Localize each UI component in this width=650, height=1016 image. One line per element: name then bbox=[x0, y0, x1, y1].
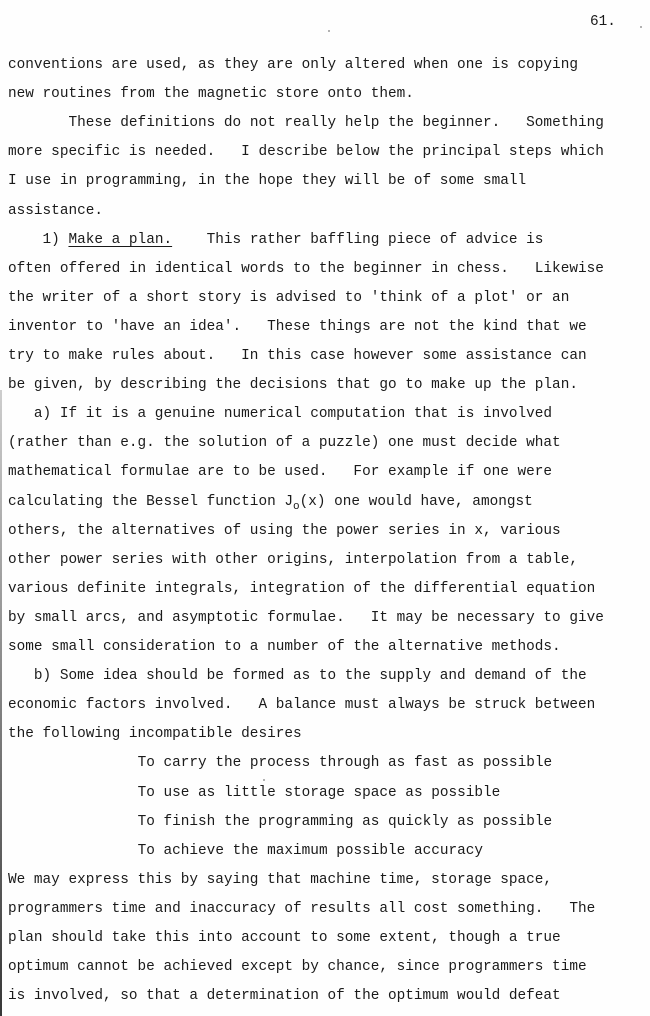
text-line: b) Some idea should be formed as to the … bbox=[34, 667, 587, 685]
text-line: the following incompatible desires bbox=[8, 725, 302, 743]
text-line: various definite integrals, integration … bbox=[8, 580, 595, 598]
page-number: 61. bbox=[590, 14, 616, 30]
text-line: plan should take this into account to so… bbox=[8, 929, 561, 947]
document-page: 61. conventions are used, as they are on… bbox=[0, 0, 650, 1016]
text-line: by small arcs, and asymptotic formulae. … bbox=[8, 609, 604, 627]
text-line: 1) Make a plan. This rather baffling pie… bbox=[43, 231, 544, 249]
paper-speck bbox=[640, 26, 642, 28]
text-line: calculating the Bessel function Jo(x) on… bbox=[8, 493, 533, 511]
text-line: often offered in identical words to the … bbox=[8, 260, 604, 278]
paper-speck bbox=[263, 779, 265, 781]
text-line: conventions are used, as they are only a… bbox=[8, 56, 578, 74]
text-line: economic factors involved. A balance mus… bbox=[8, 696, 595, 714]
text-line: We may express this by saying that machi… bbox=[8, 871, 552, 889]
page-edge-shadow bbox=[0, 390, 2, 1016]
paper-speck bbox=[328, 30, 330, 32]
text-line: These definitions do not really help the… bbox=[68, 114, 603, 132]
text-line: try to make rules about. In this case ho… bbox=[8, 347, 587, 365]
subscript: o bbox=[293, 501, 300, 513]
text-line: be given, by describing the decisions th… bbox=[8, 376, 578, 394]
text-line: others, the alternatives of using the po… bbox=[8, 522, 561, 540]
text-line: inventor to 'have an idea'. These things… bbox=[8, 318, 587, 336]
text-line: programmers time and inaccuracy of resul… bbox=[8, 900, 595, 918]
text-line: other power series with other origins, i… bbox=[8, 551, 578, 569]
text-line: I use in programming, in the hope they w… bbox=[8, 172, 526, 190]
text-line: optimum cannot be achieved except by cha… bbox=[8, 958, 587, 976]
text-line: To achieve the maximum possible accuracy bbox=[138, 842, 483, 860]
text-line: the writer of a short story is advised t… bbox=[8, 289, 569, 307]
text-line: is involved, so that a determination of … bbox=[8, 987, 561, 1005]
text-line: new routines from the magnetic store ont… bbox=[8, 85, 414, 103]
text-line: more specific is needed. I describe belo… bbox=[8, 143, 604, 161]
text-line: assistance. bbox=[8, 202, 103, 220]
text-line: To finish the programming as quickly as … bbox=[138, 813, 553, 831]
section-heading: Make a plan. bbox=[68, 232, 172, 248]
text-line: (rather than e.g. the solution of a puzz… bbox=[8, 434, 561, 452]
text-line: To use as little storage space as possib… bbox=[138, 784, 501, 802]
text-line: some small consideration to a number of … bbox=[8, 638, 561, 656]
text-line: To carry the process through as fast as … bbox=[138, 754, 553, 772]
text-line: a) If it is a genuine numerical computat… bbox=[34, 405, 552, 423]
text-line: mathematical formulae are to be used. Fo… bbox=[8, 463, 552, 481]
